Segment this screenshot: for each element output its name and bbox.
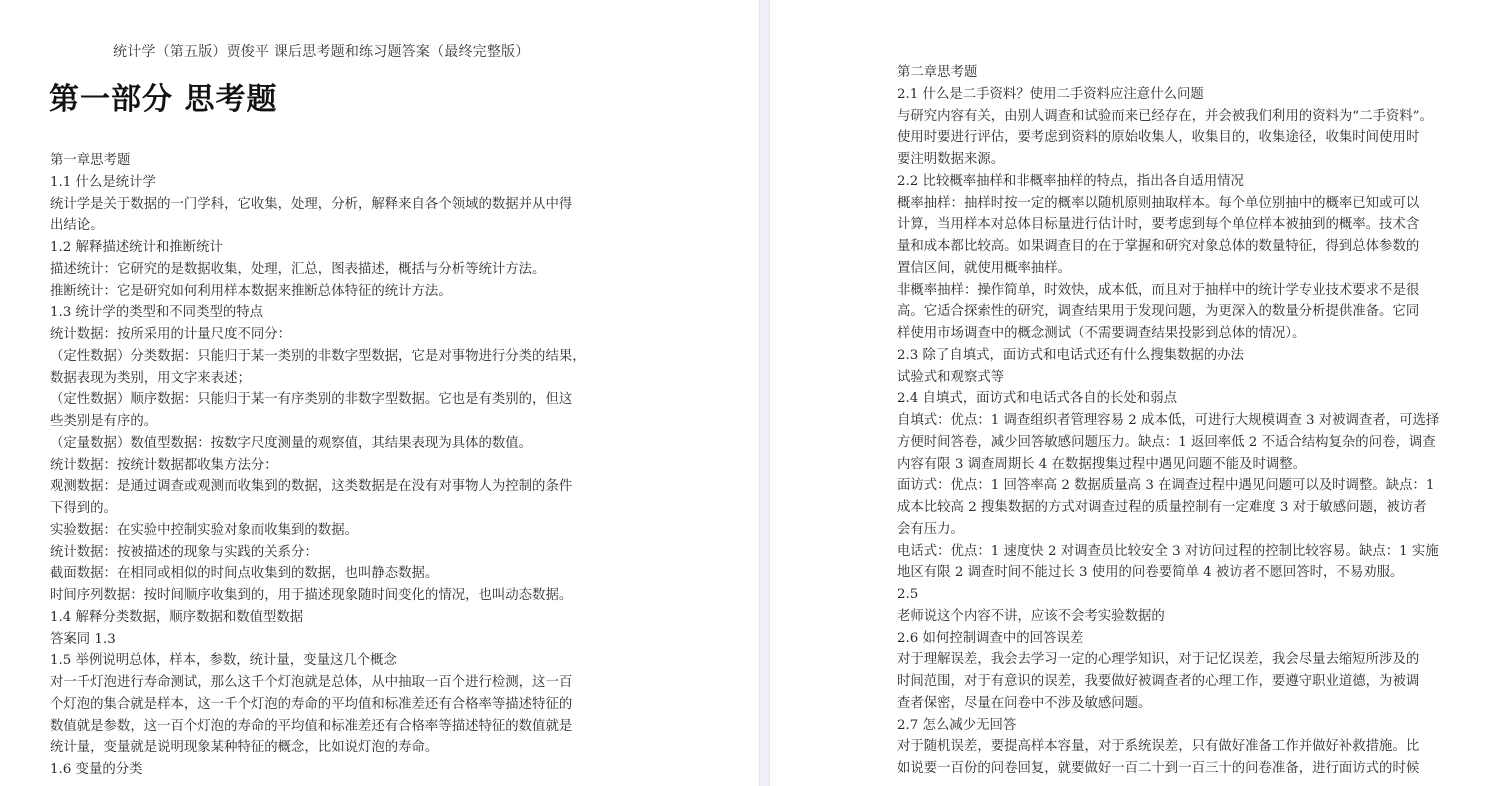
- text-line: 下得到的。: [50, 498, 640, 520]
- text-line: 第一章思考题: [50, 150, 640, 172]
- text-line: 内容有限 3 调查周期长 4 在数据搜集过程中遇见问题不能及时调整。: [897, 454, 1489, 476]
- text-line: 时间序列数据：按时间顺序收集到的，用于描述现象随时间变化的情况，也叫动态数据。: [50, 585, 640, 607]
- text-line: 样使用市场调查中的概念测试（不需要调查结果投影到总体的情况）。: [897, 323, 1489, 345]
- text-line: 要注明数据来源。: [897, 149, 1489, 171]
- text-line: 概率抽样：抽样时按一定的概率以随机原则抽取样本。每个单位别抽中的概率已知或可以: [897, 193, 1489, 215]
- text-line: 对于理解误差，我会去学习一定的心理学知识，对于记忆误差，我会尽量去缩短所涉及的: [897, 649, 1489, 671]
- text-line: 对于随机误差，要提高样本容量，对于系统误差，只有做好准备工作并做好补救措施。比: [897, 736, 1489, 758]
- text-line: 电话式：优点：1 速度快 2 对调查员比较安全 3 对访问过程的控制比较容易。缺…: [897, 541, 1489, 563]
- text-line: 成本比较高 2 搜集数据的方式对调查过程的质量控制有一定难度 3 对于敏感问题，…: [897, 497, 1489, 519]
- text-line: 2.4 自填式，面访式和电话式各自的长处和弱点: [897, 388, 1489, 410]
- text-line: 答案同 1.3: [50, 629, 640, 651]
- text-line: 第二章思考题: [897, 62, 1489, 84]
- text-line: 量和成本都比较高。如果调查目的在于掌握和研究对象总体的数量特征，得到总体参数的: [897, 236, 1489, 258]
- text-line: 2.1 什么是二手资料？使用二手资料应注意什么问题: [897, 84, 1489, 106]
- text-line: 个灯泡的集合就是样本，这一千个灯泡的寿命的平均值和标准差还有合格率等描述特征的: [50, 694, 640, 716]
- text-line: 实验数据：在实验中控制实验对象而收集到的数据。: [50, 520, 640, 542]
- text-line: （定性数据）顺序数据：只能归于某一有序类别的非数字型数据。它也是有类别的，但这: [50, 389, 640, 411]
- text-line: 些类别是有序的。: [50, 411, 640, 433]
- text-line: 试验式和观察式等: [897, 367, 1489, 389]
- text-line: 地区有限 2 调查时间不能过长 3 使用的问卷要简单 4 被访者不愿回答时，不易…: [897, 562, 1489, 584]
- part-heading: 第一部分 思考题: [49, 74, 277, 118]
- page-body-left: 第一章思考题1.1 什么是统计学统计学是关于数据的一门学科，它收集，处理，分析，…: [50, 150, 640, 781]
- text-line: 描述统计：它研究的是数据收集，处理，汇总，图表描述，概括与分析等统计方法。: [50, 259, 640, 281]
- text-line: 数据表现为类别，用文字来表述；: [50, 368, 640, 390]
- text-line: 统计数据：按统计数据都收集方法分：: [50, 455, 640, 477]
- text-line: 1.6 变量的分类: [50, 759, 640, 781]
- text-line: 观测数据：是通过调查或观测而收集到的数据，这类数据是在没有对事物人为控制的条件: [50, 476, 640, 498]
- text-line: 数值就是参数，这一百个灯泡的寿命的平均值和标准差还有合格率等描述特征的数值就是: [50, 716, 640, 738]
- text-line: （定量数据）数值型数据：按数字尺度测量的观察值，其结果表现为具体的数值。: [50, 433, 640, 455]
- page-separator: [759, 0, 770, 786]
- text-line: 会有压力。: [897, 519, 1489, 541]
- text-line: 1.5 举例说明总体，样本，参数，统计量，变量这几个概念: [50, 650, 640, 672]
- text-line: 高。它适合探索性的研究，调查结果用于发现问题，为更深入的数量分析提供准备。它同: [897, 301, 1489, 323]
- text-line: 2.6 如何控制调查中的回答误差: [897, 628, 1489, 650]
- text-line: 出结论。: [50, 215, 640, 237]
- text-line: 统计数据：按所采用的计量尺度不同分：: [50, 324, 640, 346]
- text-line: 自填式：优点：1 调查组织者管理容易 2 成本低，可进行大规模调查 3 对被调查…: [897, 410, 1489, 432]
- text-line: 对一千灯泡进行寿命测试，那么这千个灯泡就是总体，从中抽取一百个进行检测，这一百: [50, 672, 640, 694]
- text-line: 与研究内容有关，由别人调查和试验而来已经存在，并会被我们利用的资料为“二手资料”…: [897, 106, 1489, 128]
- text-line: 1.2 解释描述统计和推断统计: [50, 237, 640, 259]
- text-line: 置信区间，就使用概率抽样。: [897, 258, 1489, 280]
- text-line: 推断统计：它是研究如何利用样本数据来推断总体特征的统计方法。: [50, 281, 640, 303]
- text-line: 面访式：优点：1 回答率高 2 数据质量高 3 在调查过程中遇见问题可以及时调整…: [897, 475, 1489, 497]
- text-line: 1.3 统计学的类型和不同类型的特点: [50, 302, 640, 324]
- text-line: 时间范围，对于有意识的误差，我要做好被调查者的心理工作，要遵守职业道德，为被调: [897, 671, 1489, 693]
- text-line: 1.4 解释分类数据，顺序数据和数值型数据: [50, 607, 640, 629]
- text-line: 2.2 比较概率抽样和非概率抽样的特点，指出各自适用情况: [897, 171, 1489, 193]
- text-line: 方便时间答卷，减少回答敏感问题压力。缺点：1 返回率低 2 不适合结构复杂的问卷…: [897, 432, 1489, 454]
- text-line: 2.3 除了自填式，面访式和电话式还有什么搜集数据的办法: [897, 345, 1489, 367]
- text-line: 非概率抽样：操作简单，时效快，成本低，而且对于抽样中的统计学专业技术要求不是很: [897, 280, 1489, 302]
- text-line: 统计数据：按被描述的现象与实践的关系分：: [50, 542, 640, 564]
- document-viewer: 统计学（第五版）贾俊平 课后思考题和练习题答案（最终完整版） 第一部分 思考题 …: [0, 0, 1510, 786]
- text-line: 计算，当用样本对总体目标量进行估计时，要考虑到每个单位样本被抽到的概率。技术含: [897, 214, 1489, 236]
- text-line: 统计量，变量就是说明现象某种特征的概念，比如说灯泡的寿命。: [50, 737, 640, 759]
- text-line: 截面数据：在相同或相似的时间点收集到的数据，也叫静态数据。: [50, 563, 640, 585]
- text-line: 如说要一百份的问卷回复，就要做好一百二十到一百三十的问卷准备，进行面访式的时候: [897, 758, 1489, 780]
- text-line: （定性数据）分类数据：只能归于某一类别的非数字型数据，它是对事物进行分类的结果，: [50, 346, 640, 368]
- text-line: 老师说这个内容不讲，应该不会考实验数据的: [897, 606, 1489, 628]
- text-line: 查者保密，尽量在问卷中不涉及敏感问题。: [897, 693, 1489, 715]
- text-line: 1.1 什么是统计学: [50, 172, 640, 194]
- text-line: 统计学是关于数据的一门学科，它收集，处理，分析，解释来自各个领域的数据并从中得: [50, 194, 640, 216]
- document-page-right: 第二章思考题2.1 什么是二手资料？使用二手资料应注意什么问题与研究内容有关，由…: [770, 0, 1510, 786]
- text-line: 2.7 怎么减少无回答: [897, 715, 1489, 737]
- text-line: 2.5: [897, 584, 1489, 606]
- text-line: 使用时要进行评估，要考虑到资料的原始收集人，收集目的，收集途径，收集时间使用时: [897, 127, 1489, 149]
- document-page-left: 统计学（第五版）贾俊平 课后思考题和练习题答案（最终完整版） 第一部分 思考题 …: [0, 0, 759, 786]
- page-body-right: 第二章思考题2.1 什么是二手资料？使用二手资料应注意什么问题与研究内容有关，由…: [897, 62, 1489, 780]
- document-subtitle: 统计学（第五版）贾俊平 课后思考题和练习题答案（最终完整版）: [113, 41, 529, 61]
